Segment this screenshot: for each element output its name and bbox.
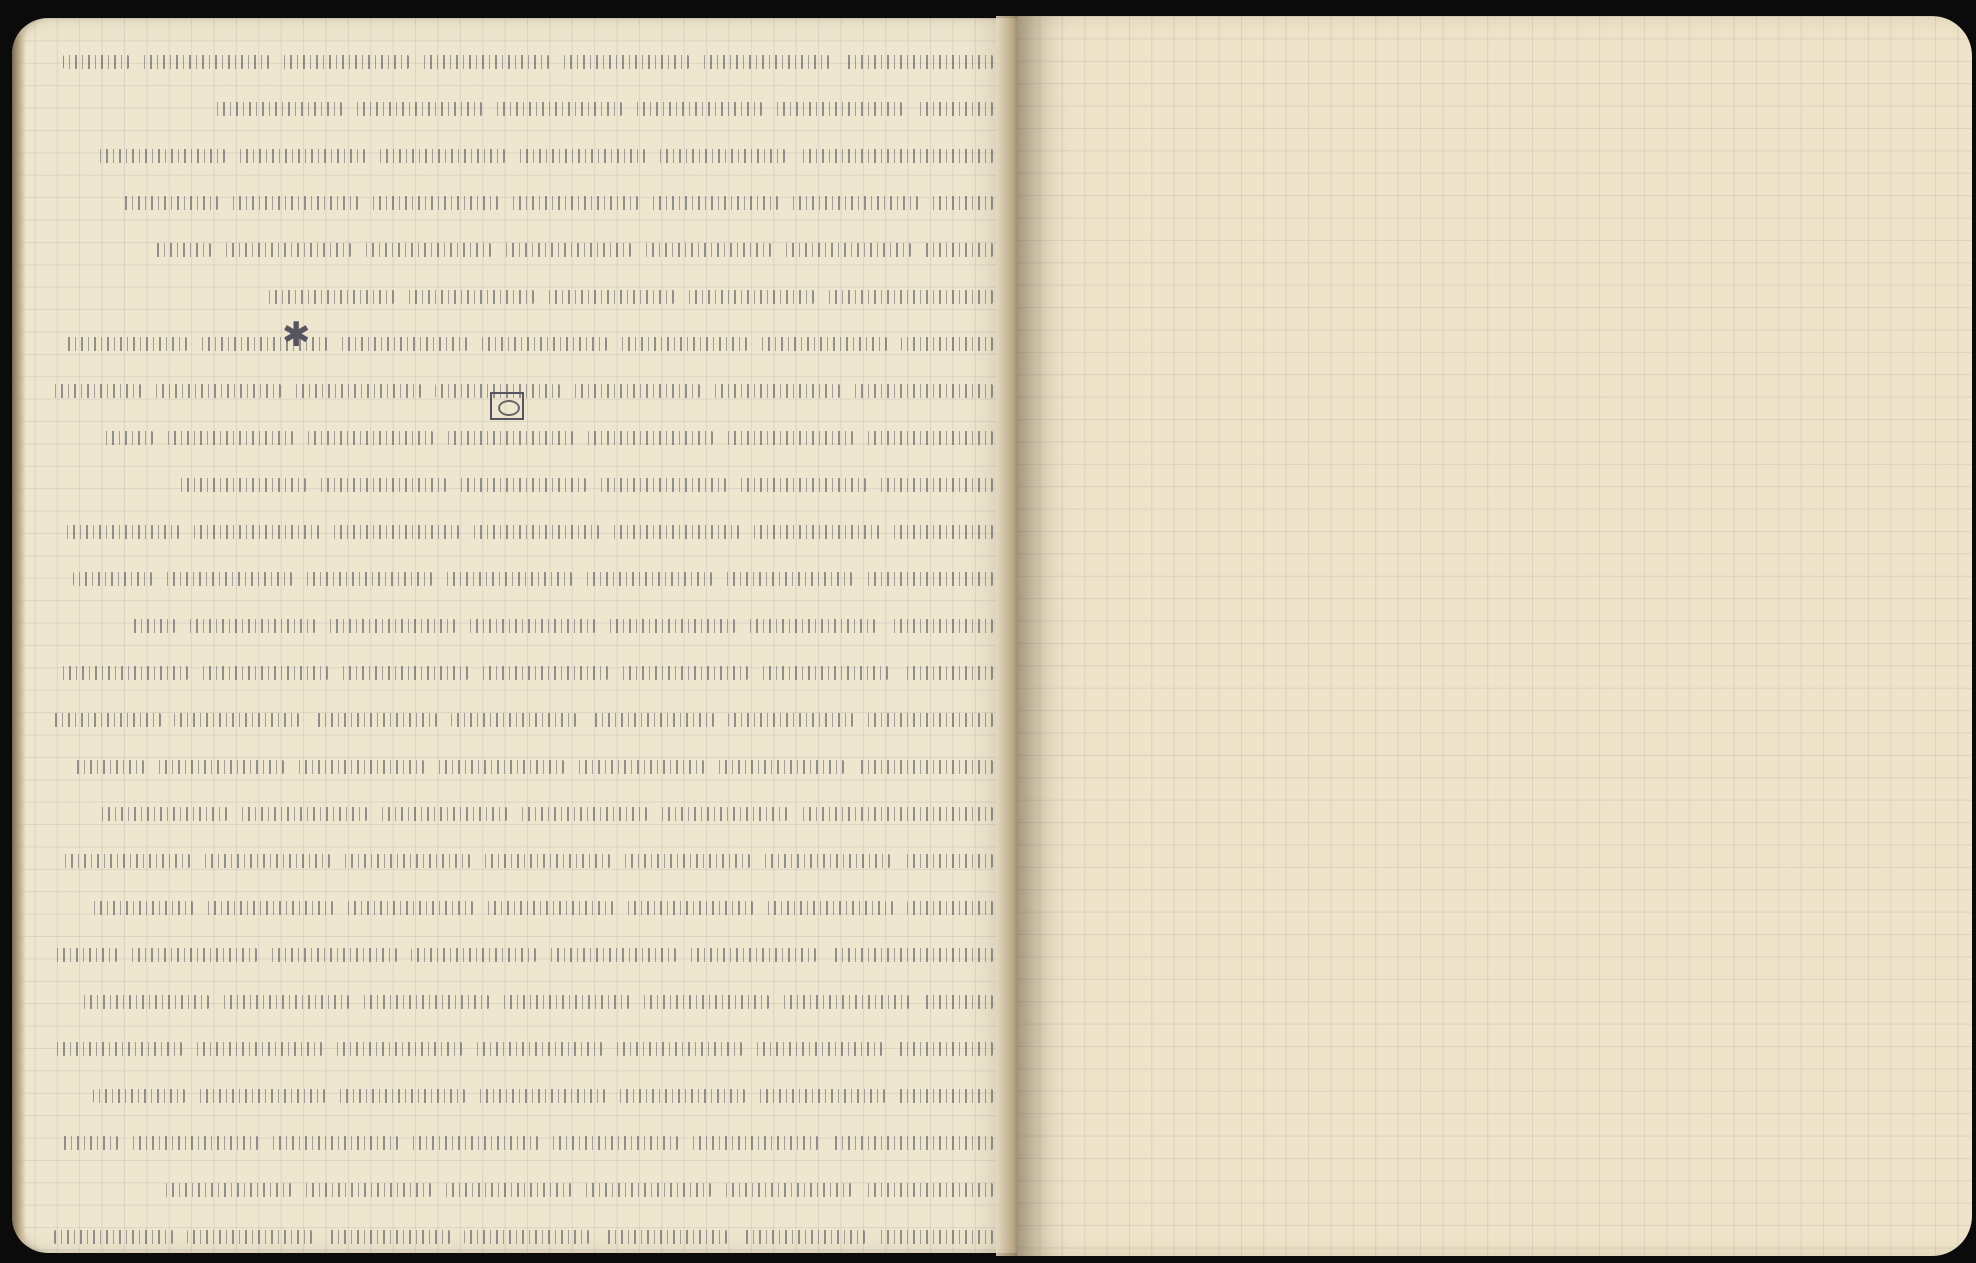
handwritten-word: [187, 1230, 312, 1244]
handwritten-word: [932, 196, 993, 210]
handwritten-word: [73, 572, 152, 586]
handwritten-word: [923, 995, 993, 1009]
handwritten-word: [753, 525, 879, 539]
handwritten-word: [785, 243, 911, 257]
handwritten-word: [451, 713, 576, 727]
handwritten-word: [832, 1136, 993, 1150]
handwritten-word: [563, 55, 689, 69]
handwritten-word: [207, 901, 333, 915]
handwritten-word: [62, 666, 188, 680]
handwritten-line: [40, 639, 993, 686]
handwritten-word: [585, 1183, 711, 1197]
handwritten-word: [445, 1183, 571, 1197]
handwritten-word: [63, 1136, 118, 1150]
handwritten-word: [408, 290, 534, 304]
handwritten-word: [801, 807, 993, 821]
handwritten-word: [193, 525, 319, 539]
handwritten-word: [552, 1136, 678, 1150]
handwritten-word: [469, 619, 595, 633]
handwritten-word: [241, 807, 367, 821]
handwritten-word: [356, 102, 482, 116]
handwritten-word: [481, 337, 607, 351]
handwritten-word: [718, 760, 844, 774]
handwritten-word: [423, 55, 549, 69]
handwritten-line: [40, 216, 993, 263]
handwritten-word: [446, 572, 572, 586]
handwritten-word: [167, 431, 293, 445]
handwritten-word: [587, 431, 713, 445]
handwritten-line: [40, 968, 993, 1015]
handwritten-word: [503, 995, 629, 1009]
handwritten-line: [40, 545, 993, 592]
handwritten-word: [438, 760, 564, 774]
handwritten-word: [764, 854, 890, 868]
left-page: ✱: [12, 18, 1017, 1253]
handwritten-word: [347, 901, 473, 915]
handwritten-word: [776, 102, 902, 116]
handwritten-word: [621, 337, 747, 351]
handwritten-word: [901, 337, 993, 351]
handwritten-word: [728, 713, 853, 727]
handwritten-word: [916, 102, 993, 116]
handwritten-word: [858, 760, 993, 774]
handwritten-word: [505, 243, 631, 257]
handwritten-word: [925, 243, 993, 257]
handwritten-word: [199, 1089, 325, 1103]
handwritten-word: [189, 619, 315, 633]
handwritten-word: [93, 1089, 185, 1103]
handwritten-word: [54, 384, 141, 398]
handwritten-word: [271, 948, 397, 962]
handwritten-word: [123, 196, 218, 210]
handwritten-word: [484, 854, 610, 868]
handwritten-line: [40, 122, 993, 169]
handwritten-word: [600, 478, 726, 492]
handwritten-word: [54, 948, 117, 962]
handwritten-word: [740, 478, 866, 492]
handwritten-word: [619, 1089, 745, 1103]
handwritten-word: [645, 243, 771, 257]
handwritten-word: [613, 525, 739, 539]
handwritten-line: [40, 1015, 993, 1062]
handwritten-line: [40, 686, 993, 733]
handwritten-word: [216, 102, 342, 116]
handwritten-word: [799, 149, 993, 163]
handwritten-word: [550, 948, 676, 962]
handwritten-word: [904, 854, 993, 868]
handwritten-word: [336, 1042, 462, 1056]
handwritten-word: [174, 713, 299, 727]
handwritten-word: [464, 1230, 589, 1244]
handwritten-word: [828, 290, 993, 304]
handwritten-word: [866, 713, 993, 727]
handwritten-word: [131, 948, 257, 962]
handwritten-word: [307, 431, 433, 445]
handwritten-word: [165, 1183, 291, 1197]
handwritten-word: [63, 525, 179, 539]
handwritten-word: [586, 572, 712, 586]
handwritten-word: [306, 572, 432, 586]
handwritten-word: [727, 431, 853, 445]
handwritten-word: [688, 290, 814, 304]
handwritten-word: [636, 102, 762, 116]
handwritten-word: [482, 666, 608, 680]
handwritten-line: [40, 310, 993, 357]
handwritten-word: [792, 196, 918, 210]
right-page-blank: [1017, 16, 1972, 1256]
handwritten-word: [204, 854, 330, 868]
handwritten-word: [239, 149, 365, 163]
handwritten-word: [690, 948, 816, 962]
handwritten-line: [40, 827, 993, 874]
handwritten-word: [225, 243, 351, 257]
handwritten-word: [143, 55, 269, 69]
handwritten-word: [603, 1230, 728, 1244]
handwritten-text-block: [40, 28, 993, 1243]
handwritten-word: [783, 995, 909, 1009]
handwritten-word: [616, 1042, 742, 1056]
handwritten-word: [411, 948, 537, 962]
handwritten-word: [298, 760, 424, 774]
handwritten-word: [578, 760, 704, 774]
handwritten-word: [487, 901, 613, 915]
handwritten-line: [40, 169, 993, 216]
handwritten-word: [101, 807, 227, 821]
handwritten-word: [703, 55, 829, 69]
handwritten-word: [268, 290, 394, 304]
handwritten-word: [889, 619, 993, 633]
handwritten-line: [40, 498, 993, 545]
handwritten-word: [761, 337, 887, 351]
handwritten-word: [333, 525, 459, 539]
handwritten-word: [158, 760, 284, 774]
handwritten-word: [659, 149, 785, 163]
handwritten-word: [476, 1042, 602, 1056]
handwritten-word: [661, 807, 787, 821]
handwritten-word: [519, 149, 645, 163]
handwritten-word: [93, 901, 193, 915]
handwritten-line: [40, 780, 993, 827]
handwritten-word: [830, 948, 993, 962]
handwritten-word: [749, 619, 875, 633]
handwritten-line: [40, 263, 993, 310]
handwritten-word: [896, 1042, 993, 1056]
handwritten-word: [155, 384, 281, 398]
handwritten-word: [767, 901, 893, 915]
handwritten-word: [363, 995, 489, 1009]
handwritten-word: [447, 431, 573, 445]
handwritten-word: [714, 384, 840, 398]
handwritten-word: [624, 854, 750, 868]
handwritten-word: [762, 666, 888, 680]
handwritten-line: [40, 1156, 993, 1203]
handwritten-word: [54, 713, 161, 727]
handwritten-word: [652, 196, 778, 210]
handwritten-word: [512, 196, 638, 210]
handwritten-word: [313, 713, 438, 727]
handwritten-word: [320, 478, 446, 492]
handwritten-word: [741, 1230, 866, 1244]
handwritten-word: [879, 1230, 993, 1244]
handwritten-word: [63, 55, 129, 69]
handwritten-word: [180, 478, 306, 492]
handwritten-word: [133, 619, 175, 633]
handwritten-word: [496, 102, 622, 116]
handwritten-word: [521, 807, 647, 821]
handwritten-line: [40, 28, 993, 75]
handwritten-word: [166, 572, 292, 586]
boxed-sketch-mark: [490, 392, 524, 420]
handwritten-word: [56, 1042, 182, 1056]
handwritten-line: [40, 75, 993, 122]
handwritten-line: [40, 1062, 993, 1109]
handwritten-word: [99, 149, 225, 163]
handwritten-word: [196, 1042, 322, 1056]
handwritten-line: [40, 874, 993, 921]
handwritten-word: [83, 995, 209, 1009]
handwritten-word: [202, 666, 328, 680]
handwritten-word: [902, 666, 993, 680]
handwritten-word: [866, 572, 993, 586]
handwritten-line: [40, 921, 993, 968]
handwritten-word: [548, 290, 674, 304]
handwritten-word: [692, 1136, 818, 1150]
handwritten-word: [272, 1136, 398, 1150]
handwritten-word: [326, 1230, 451, 1244]
handwritten-word: [379, 149, 505, 163]
handwritten-word: [893, 525, 993, 539]
handwritten-line: [40, 1203, 993, 1250]
handwritten-word: [899, 1089, 993, 1103]
handwritten-word: [759, 1089, 885, 1103]
handwritten-word: [103, 431, 153, 445]
handwritten-word: [726, 572, 852, 586]
asterisk-mark: ✱: [282, 318, 311, 352]
handwritten-word: [344, 854, 470, 868]
handwritten-word: [223, 995, 349, 1009]
handwritten-line: [40, 733, 993, 780]
handwritten-word: [54, 1230, 174, 1244]
handwritten-word: [622, 666, 748, 680]
handwritten-word: [381, 807, 507, 821]
handwritten-word: [880, 478, 993, 492]
handwritten-word: [73, 760, 144, 774]
handwritten-word: [412, 1136, 538, 1150]
handwritten-word: [341, 337, 467, 351]
handwritten-line: [40, 451, 993, 498]
handwritten-word: [132, 1136, 258, 1150]
handwritten-line: [40, 1109, 993, 1156]
handwritten-word: [232, 196, 358, 210]
handwritten-word: [574, 384, 700, 398]
handwritten-word: [365, 243, 491, 257]
handwritten-word: [643, 995, 769, 1009]
handwritten-word: [854, 384, 993, 398]
handwritten-word: [339, 1089, 465, 1103]
handwritten-word: [153, 243, 211, 257]
handwritten-word: [329, 619, 455, 633]
handwritten-word: [865, 1183, 993, 1197]
handwritten-word: [867, 431, 993, 445]
handwritten-word: [295, 384, 421, 398]
handwritten-word: [843, 55, 993, 69]
notebook-spread: ✱: [0, 0, 1976, 1263]
handwritten-word: [907, 901, 993, 915]
handwritten-line: [40, 592, 993, 639]
handwritten-word: [342, 666, 468, 680]
handwritten-word: [63, 337, 187, 351]
handwritten-word: [725, 1183, 851, 1197]
handwritten-word: [283, 55, 409, 69]
handwritten-word: [609, 619, 735, 633]
handwritten-word: [460, 478, 586, 492]
handwritten-word: [479, 1089, 605, 1103]
handwritten-word: [305, 1183, 431, 1197]
handwritten-word: [64, 854, 190, 868]
handwritten-word: [372, 196, 498, 210]
handwritten-word: [473, 525, 599, 539]
handwritten-word: [590, 713, 715, 727]
handwritten-word: [627, 901, 753, 915]
handwritten-word: [756, 1042, 882, 1056]
